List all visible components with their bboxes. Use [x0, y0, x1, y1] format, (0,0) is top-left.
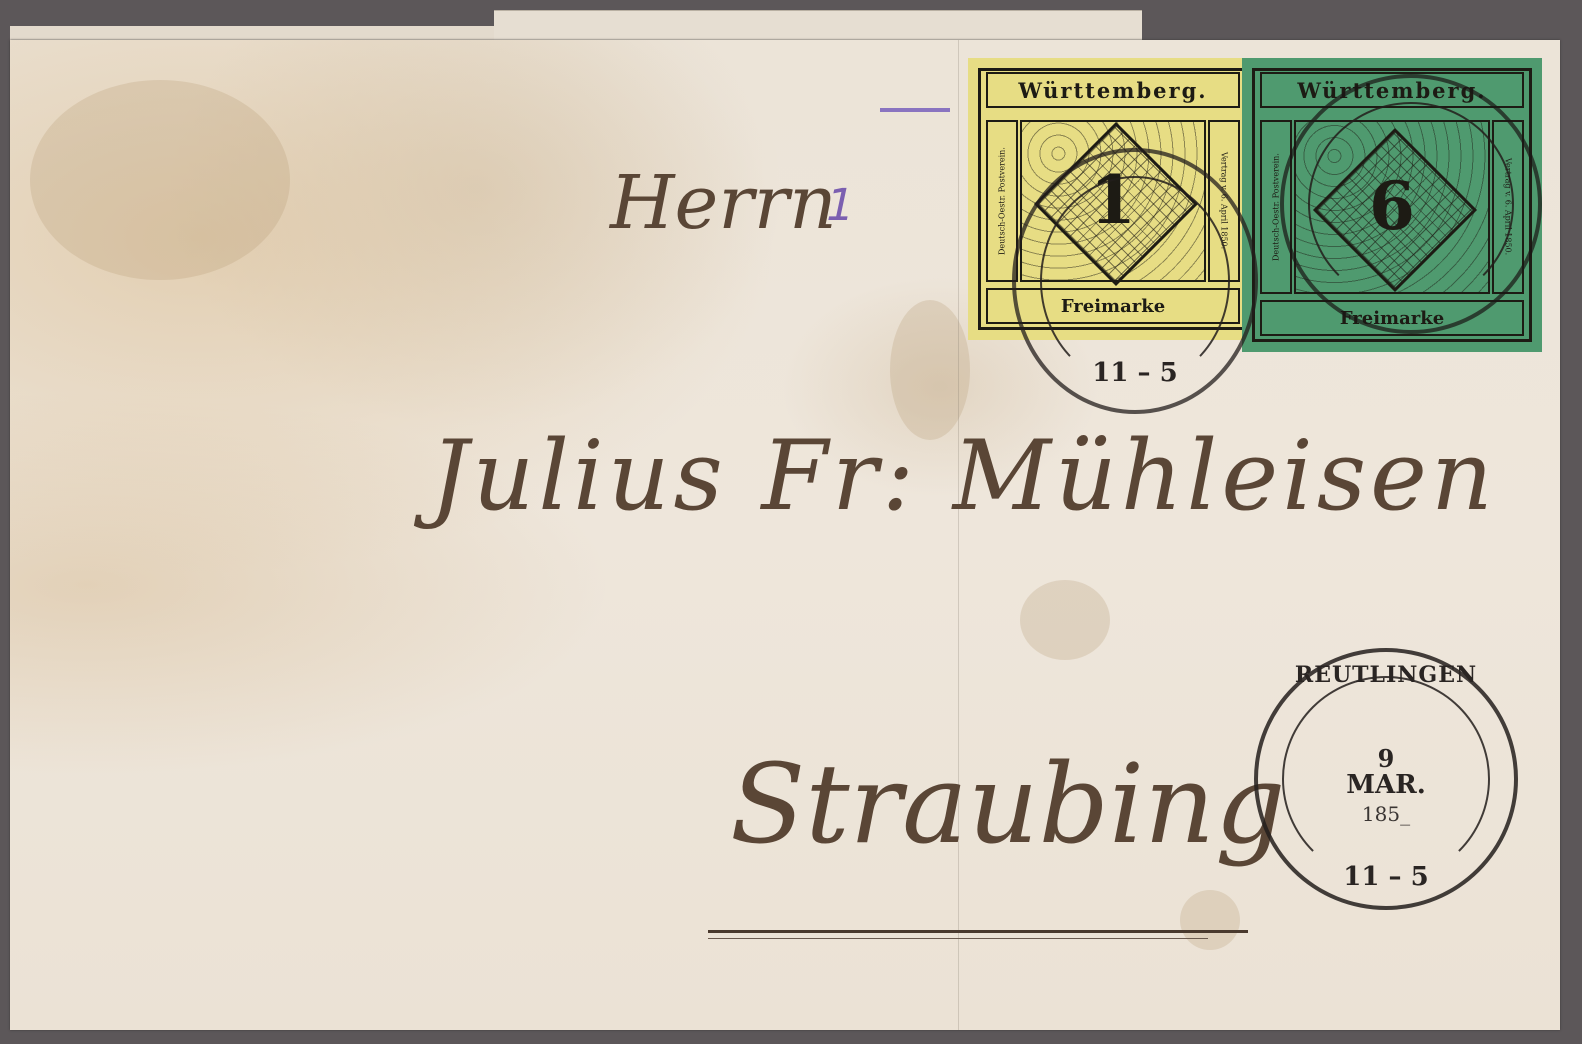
- fold-line: [958, 40, 959, 1030]
- age-stain: [30, 80, 290, 280]
- postmark-on-stamp-1: 11 – 5: [1012, 148, 1258, 414]
- postmark-inner-ring: [1040, 176, 1230, 386]
- postmark-town: REUTLINGEN: [1258, 662, 1514, 688]
- pencil-mark-cross: [880, 108, 950, 112]
- recipient-name: Julius Fr: Mühleisen: [430, 420, 1497, 532]
- postmark-inner-ring: [1308, 102, 1514, 306]
- stamp-country: Württemberg.: [986, 72, 1240, 108]
- salutation: Herrn: [610, 160, 837, 246]
- postmark-day: 9: [1258, 744, 1514, 773]
- water-stain: [1180, 890, 1240, 950]
- city-underline-second: [708, 938, 1208, 939]
- water-stain: [1020, 580, 1110, 660]
- city-underline: [708, 930, 1248, 933]
- postmark-reutlingen: REUTLINGEN 9 MAR. 185_ 11 – 5: [1254, 648, 1518, 910]
- postmark-year: 185_: [1258, 802, 1514, 826]
- postmark-month: MAR.: [1258, 770, 1514, 800]
- postmark-on-stamp-6: [1280, 74, 1542, 334]
- postmark-time: 11 – 5: [1258, 862, 1514, 892]
- postmark-time: 11 – 5: [1016, 358, 1254, 388]
- destination-city: Straubing: [730, 740, 1285, 868]
